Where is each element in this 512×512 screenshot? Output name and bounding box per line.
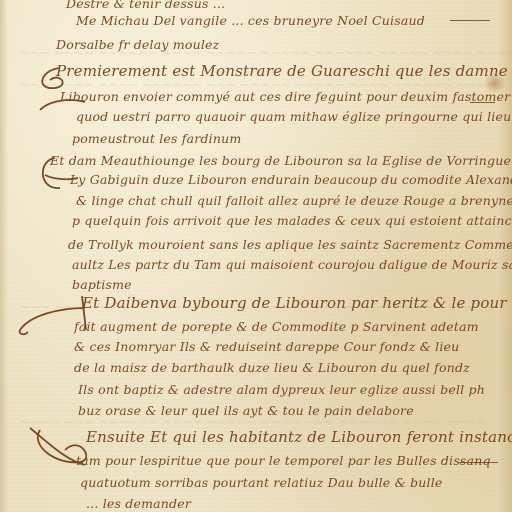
manuscript-line: Me Michau Del vangile ... ces bruneyre N… xyxy=(76,13,425,28)
manuscript-line: de la maisz de barthaulk duze lieu & Lib… xyxy=(74,360,470,375)
manuscript-line: fait augment de porepte & de Commodite p… xyxy=(74,319,479,334)
manuscript-line: Libouron envoier commyé aut ces dire feg… xyxy=(60,89,510,104)
manuscript-line: Dorsalbe fr delay moulez xyxy=(56,37,219,52)
manuscript-line: quod uestri parro quauoir quam mithaw ég… xyxy=(76,109,511,124)
manuscript-line: Et dam Meauthiounge les bourg de Libouro… xyxy=(50,153,511,168)
manuscript-line: aultz Les partz du Tam qui maisoient cou… xyxy=(72,257,512,272)
line-end-dash xyxy=(450,20,490,21)
manuscript-page: ~~~ ~~~~ ~~~~~~ ~~~~ ~~~~~ ~~~~~ ~~~~~~ … xyxy=(0,0,512,512)
manuscript-line: buz orase & leur quel ils ayt & tou le p… xyxy=(78,403,414,418)
manuscript-line: & linge chat chull quil falloit allez au… xyxy=(76,193,512,208)
manuscript-line: ... les demander xyxy=(86,496,191,511)
manuscript-line: Ensuite Et qui les habitantz de Libouron… xyxy=(86,428,512,446)
manuscript-line: & ces Inomryar Ils & reduiseint dareppe … xyxy=(74,339,459,354)
manuscript-line: Ly Gabiguin duze Libouron endurain beauc… xyxy=(70,172,512,187)
manuscript-line: Et Daibenva bybourg de Libouron par heri… xyxy=(82,294,512,312)
manuscript-line: quatuotum sorribas pourtant relatiuz Dau… xyxy=(80,475,443,490)
manuscript-line: Destre & tenir dessus ... xyxy=(66,0,225,11)
manuscript-line: Ils ont baptiz & adestre alam dypreux le… xyxy=(78,382,485,397)
manuscript-line: Premierement est Monstrare de Guareschi … xyxy=(56,62,512,80)
manuscript-line: baptisme xyxy=(72,277,132,292)
paper-edge-left xyxy=(0,0,8,512)
manuscript-line: p quelquin fois arrivoit que les malades… xyxy=(72,213,512,228)
manuscript-line: de Trollyk mouroient sans les aplique le… xyxy=(68,237,512,252)
manuscript-line: tam pour lespiritue que pour le temporel… xyxy=(76,453,491,468)
manuscript-line: pomeustrout les fardinum xyxy=(72,131,241,146)
